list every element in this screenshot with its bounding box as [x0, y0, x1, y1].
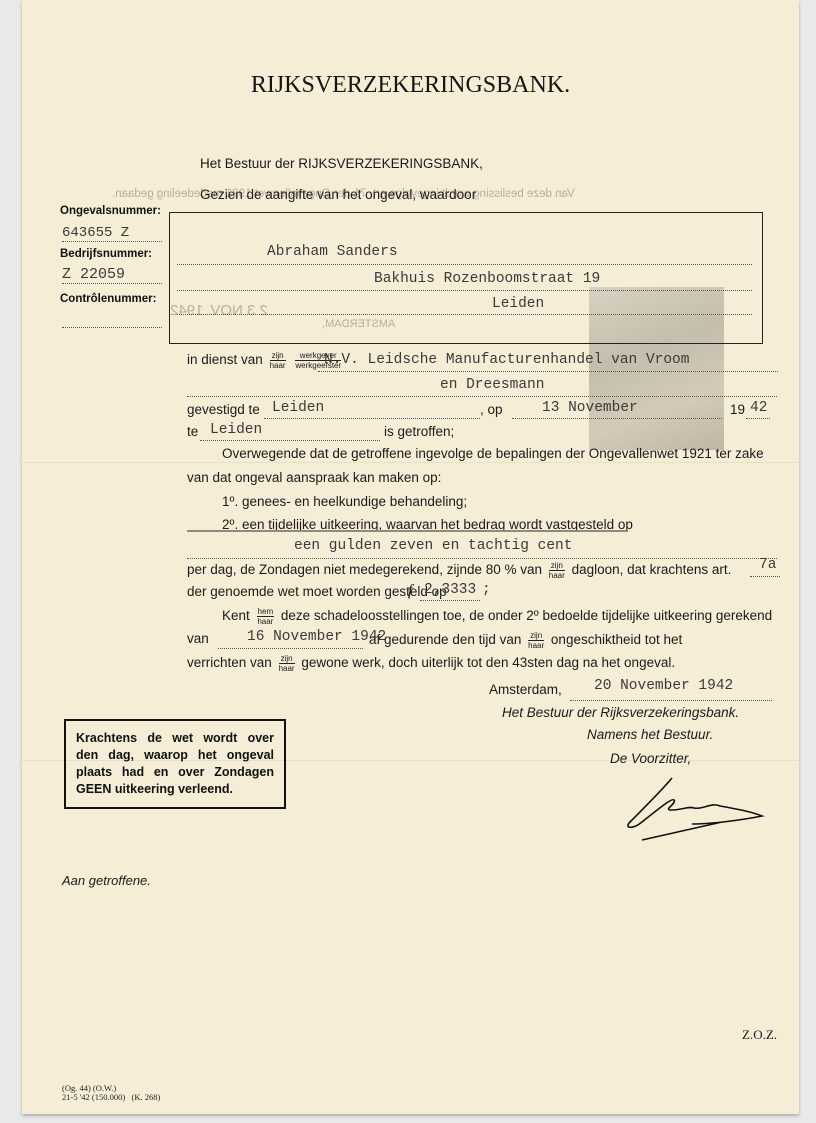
article-field[interactable]: 7a [759, 557, 776, 573]
item-1: 1º. genees- en heelkundige behandeling; [222, 494, 467, 509]
start-date-field[interactable]: 16 November 1942 [247, 629, 386, 645]
kent-label: Kent [222, 608, 250, 623]
zoz-text: Z.O.Z. [742, 1027, 777, 1043]
gewone-werk-text: gewone werk, doch uiterlijk tot den 43st… [301, 655, 675, 670]
per-dag-text: per dag, de Zondagen niet medegerekend, … [187, 562, 542, 577]
year-prefix: 19 [730, 402, 745, 417]
header-line: Gezien de aangifte van het ongeval, waar… [200, 187, 476, 202]
dagloon-text: dagloon, dat krachtens art. [572, 562, 732, 577]
page-title: RIJKSVERZEKERINGSBANK. [22, 72, 799, 99]
fraction-haar: haar [549, 571, 565, 580]
fraction-haar: haar [528, 641, 544, 650]
namens-text: Namens het Bestuur. [587, 727, 713, 742]
accident-place-field[interactable]: Leiden [210, 422, 262, 438]
ongevalsnummer-field[interactable]: 643655 Z [62, 225, 162, 242]
kent-line: Kent hemhaar deze schadeloosstellingen t… [222, 607, 772, 626]
getroffen-text: is getroffen; [384, 424, 454, 439]
fraction-zijn: zijn [528, 631, 544, 641]
bestuur-text: Het Bestuur der Rijksverzekeringsbank. [502, 705, 739, 720]
fraction-haar: haar [270, 361, 286, 370]
verrichten-text: verrichten van [187, 655, 272, 670]
verrichten-line: verrichten van zijnhaar gewone werk, doc… [187, 654, 675, 673]
notice-line: GEEN uitkeering verleend. [76, 781, 274, 798]
fraction-haar: haar [279, 664, 295, 673]
year-field[interactable]: 42 [750, 400, 767, 416]
fold-crease [22, 462, 799, 464]
notice-line: den dag, waarop het ongeval [76, 747, 274, 764]
addressee-city[interactable]: Leiden [492, 296, 544, 312]
addressee-street[interactable]: Bakhuis Rozenboomstraat 19 [374, 271, 600, 287]
controlenummer-field[interactable] [62, 326, 162, 328]
employer-name-line2[interactable]: en Dreesmann [440, 377, 544, 393]
in-dienst-label: in dienst van [187, 352, 263, 367]
fraction-haar: haar [257, 617, 275, 626]
addressee-name[interactable]: Abraham Sanders [267, 244, 398, 260]
gevestigd-field[interactable]: Leiden [272, 400, 324, 416]
controlenummer-label: Contrôlenummer: [60, 293, 156, 305]
address-line [177, 250, 752, 265]
document-page: Van deze beslissing wordt ingevolge art.… [22, 0, 799, 1114]
gevestigd-label: gevestigd te [187, 402, 260, 417]
print-code-line: 21-5 '42 (150.000) (K. 268) [62, 1093, 160, 1102]
per-dag-line: per dag, de Zondagen niet medegerekend, … [187, 561, 731, 580]
af-gedurende-text: af gedurende den tijd van [369, 632, 521, 647]
signature-icon [602, 770, 782, 845]
te-label: te [187, 424, 198, 439]
gedurende-line: af gedurende den tijd van zijnhaar onges… [369, 631, 682, 650]
fraction-zijn: zijn [279, 654, 295, 664]
divider [187, 530, 627, 532]
fraction-hem: hem [257, 607, 275, 617]
bedrijfsnummer-field[interactable]: Z 22059 [62, 266, 162, 284]
aanspraak-text: van dat ongeval aanspraak kan maken op: [187, 470, 441, 485]
bedrijfsnummer-label: Bedrijfsnummer: [60, 248, 152, 260]
op-label: , op [480, 402, 503, 417]
fraction-zijn: zijn [270, 351, 286, 361]
sign-date-field[interactable]: 20 November 1942 [594, 678, 733, 694]
semicolon: ; [482, 582, 491, 598]
overwegende-text: Overwegende dat de getroffene ingevolge … [222, 446, 764, 461]
header-line: Het Bestuur der RIJKSVERZEKERINGSBANK, [200, 156, 483, 171]
florin-sign: f [408, 582, 412, 600]
ongeschikt-text: ongeschiktheid tot het [551, 632, 682, 647]
print-code: (Og. 44) (O.W.) 21-5 '42 (150.000) (K. 2… [62, 1084, 160, 1102]
amount-words-field[interactable]: een gulden zeven en tachtig cent [294, 538, 572, 554]
accident-date-field[interactable]: 13 November [542, 400, 638, 416]
notice-line: Krachtens de wet wordt over [76, 730, 274, 747]
ongevalsnummer-label: Ongevalsnummer: [60, 205, 161, 217]
employer-name-line1[interactable]: N.V. Leidsche Manufacturenhandel van Vro… [324, 352, 689, 368]
place-label: Amsterdam, [489, 682, 562, 697]
van-label: van [187, 631, 209, 646]
notice-box: Krachtens de wet wordt over den dag, waa… [64, 719, 286, 809]
kent-text: deze schadeloosstellingen toe, de onder … [281, 608, 772, 623]
fraction-zijn: zijn [549, 561, 565, 571]
voorzitter-text: De Voorzitter, [610, 751, 691, 766]
dagloon-field[interactable]: 2,3333 [424, 582, 476, 598]
address-line [177, 300, 752, 315]
recipient-text: Aan getroffene. [62, 873, 151, 888]
notice-line: plaats had en over Zondagen [76, 764, 274, 781]
